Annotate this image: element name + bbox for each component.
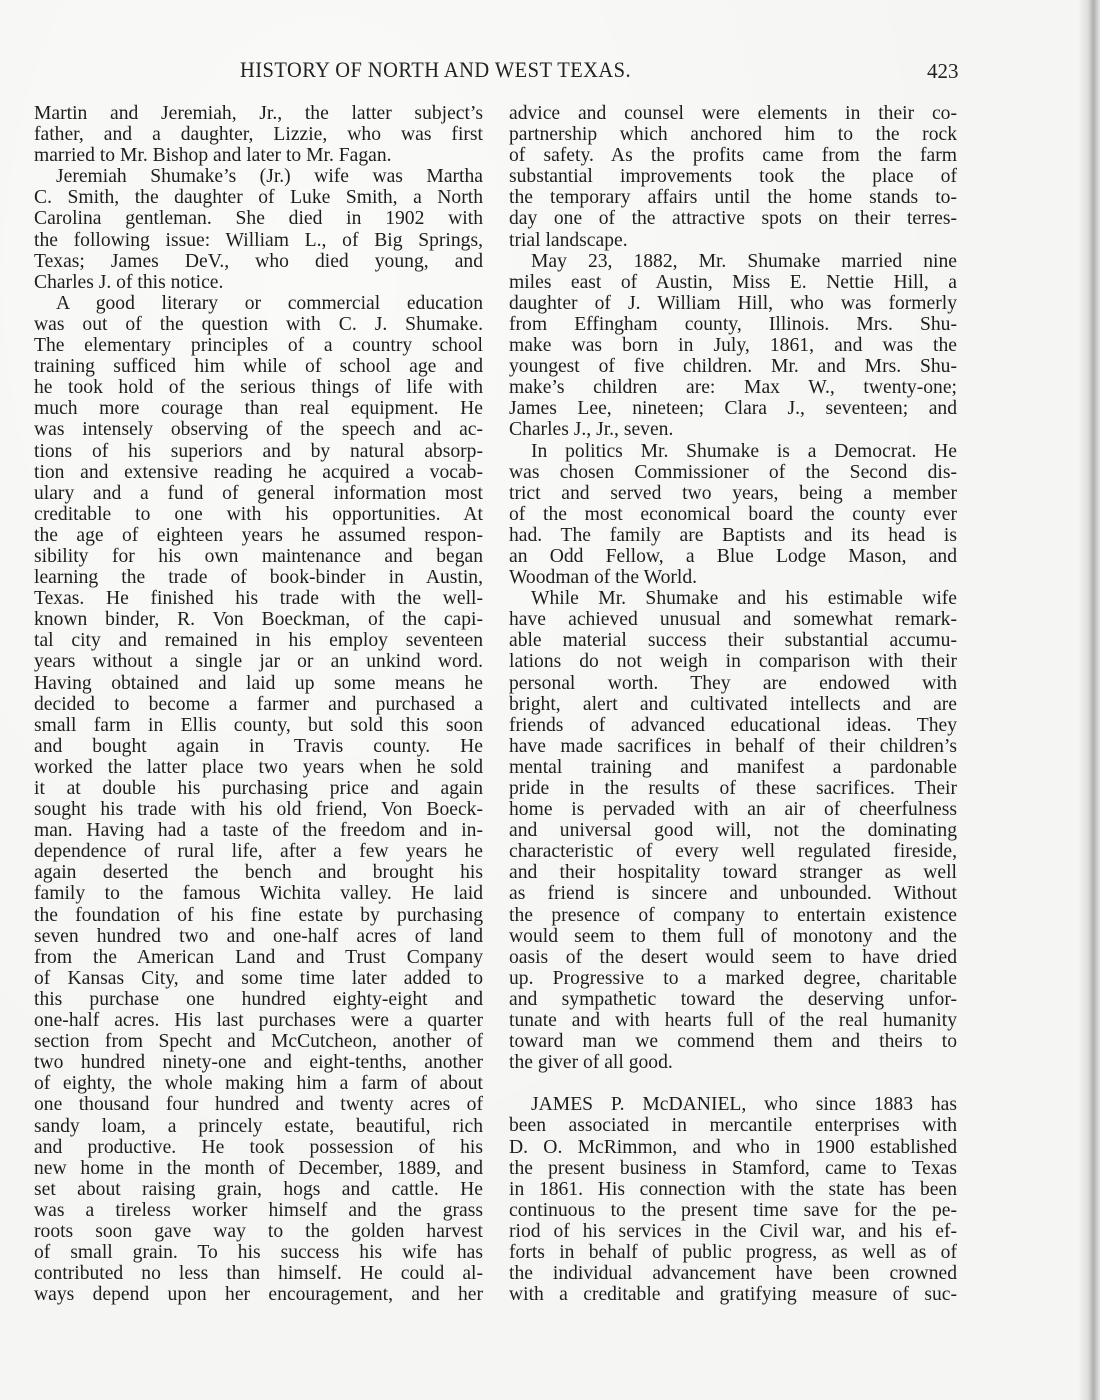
text-line: from Effingham county, Illinois. Mrs. Sh… [509, 314, 957, 335]
text-line: years without a single jar or an unkind … [34, 651, 483, 672]
text-line: able material success their substantial … [509, 630, 957, 651]
text-line: ways depend upon her encouragement, and … [34, 1284, 483, 1305]
text-line: Jeremiah Shumake’s (Jr.) wife was Martha [34, 166, 483, 187]
text-line: youngest of five children. Mr. and Mrs. … [509, 356, 957, 377]
text-line: forts in behalf of public progress, as w… [509, 1242, 957, 1263]
text-line: Charles J., Jr., seven. [509, 419, 957, 440]
text-line: one-half acres. His last purchases were … [34, 1010, 483, 1031]
text-line: known binder, R. Von Boeckman, of the ca… [34, 609, 483, 630]
text-line: this purchase one hundred eighty-eight a… [34, 989, 483, 1010]
text-line: married to Mr. Bishop and later to Mr. F… [34, 145, 483, 166]
text-line: and productive. He took possession of hi… [34, 1137, 483, 1158]
text-line: mental training and manifest a pardonabl… [509, 757, 957, 778]
text-line: miles east of Austin, Miss E. Nettie Hil… [509, 272, 957, 293]
text-line: Texas. He finished his trade with the we… [34, 588, 483, 609]
text-line: roots soon gave way to the golden harves… [34, 1221, 483, 1242]
text-line: it at double his purchasing price and ag… [34, 778, 483, 799]
text-line: pride in the results of these sacrifices… [509, 778, 957, 799]
text-line: from the American Land and Trust Company [34, 947, 483, 968]
text-line: up. Progressive to a marked degree, char… [509, 968, 957, 989]
text-line: sandy loam, a princely estate, beautiful… [34, 1116, 483, 1137]
text-line: much more courage than real equipment. H… [34, 398, 483, 419]
text-line: personal worth. They are endowed with [509, 673, 957, 694]
text-line: and sympathetic toward the deserving unf… [509, 989, 957, 1010]
text-line: creditable to one with his opportunities… [34, 504, 483, 525]
text-line: advice and counsel were elements in thei… [509, 103, 957, 124]
text-line: he took hold of the serious things of li… [34, 377, 483, 398]
text-line: substantial improvements took the place … [509, 166, 957, 187]
text-line: was intensely observing of the speech an… [34, 419, 483, 440]
text-line: day one of the attractive spots on their… [509, 208, 957, 229]
text-line: friends of advanced educational ideas. T… [509, 715, 957, 736]
text-line: the following issue: William L., of Big … [34, 230, 483, 251]
text-line: decided to become a farmer and purchased… [34, 694, 483, 715]
text-line: one thousand four hundred and twenty acr… [34, 1094, 483, 1115]
text-line: oasis of the desert would seem to have d… [509, 947, 957, 968]
right-text-column: advice and counsel were elements in thei… [509, 103, 957, 1305]
text-line: of eighty, the whole making him a farm o… [34, 1073, 483, 1094]
text-line: and universal good will, not the dominat… [509, 820, 957, 841]
text-line: In politics Mr. Shumake is a Democrat. H… [509, 441, 957, 462]
text-line: with a creditable and gratifying measure… [509, 1284, 957, 1305]
text-line: Having obtained and laid up some means h… [34, 673, 483, 694]
text-line: of safety. As the profits came from the … [509, 145, 957, 166]
text-line: of the most economical board the county … [509, 504, 957, 525]
text-line: and their hospitality toward stranger as… [509, 862, 957, 883]
text-line: training sufficed him while of school ag… [34, 356, 483, 377]
text-line: the temporary affairs until the home sta… [509, 187, 957, 208]
text-line: was a tireless worker himself and the gr… [34, 1200, 483, 1221]
text-line: the presence of company to entertain exi… [509, 905, 957, 926]
text-line: characteristic of every well regulated f… [509, 841, 957, 862]
text-line: tion and extensive reading he acquired a… [34, 462, 483, 483]
text-line: partnership which anchored him to the ro… [509, 124, 957, 145]
text-line: learning the trade of book-binder in Aus… [34, 567, 483, 588]
text-line: seven hundred two and one-half acres of … [34, 926, 483, 947]
text-line: section from Specht and McCutcheon, anot… [34, 1031, 483, 1052]
text-line: of Kansas City, and some time later adde… [34, 968, 483, 989]
text-line: the present business in Stamford, came t… [509, 1158, 957, 1179]
text-line: JAMES P. McDANIEL, who since 1883 has [509, 1094, 957, 1115]
text-line: home is pervaded with an air of cheerful… [509, 799, 957, 820]
text-line: daughter of J. William Hill, who was for… [509, 293, 957, 314]
text-line: two hundred ninety-one and eight-tenths,… [34, 1052, 483, 1073]
text-line: bright, alert and cultivated intellects … [509, 694, 957, 715]
text-line: make was born in July, 1861, and was the [509, 335, 957, 356]
text-line: Texas; James DeV., who died young, and [34, 251, 483, 272]
text-line: trict and served two years, being a memb… [509, 483, 957, 504]
text-line: been associated in mercantile enterprise… [509, 1115, 957, 1136]
text-line: D. O. McRimmon, and who in 1900 establis… [509, 1137, 957, 1158]
text-line: sought his trade with his old friend, Vo… [34, 799, 483, 820]
text-line: was chosen Commissioner of the Second di… [509, 462, 957, 483]
text-line: tunate and with hearts full of the real … [509, 1010, 957, 1031]
page-number: 423 [927, 59, 959, 84]
text-line: in 1861. His connection with the state h… [509, 1179, 957, 1200]
text-line: James Lee, nineteen; Clara J., seventeen… [509, 398, 957, 419]
text-line: family to the famous Wichita valley. He … [34, 883, 483, 904]
text-line: new home in the month of December, 1889,… [34, 1158, 483, 1179]
text-line: the giver of all good. [509, 1052, 957, 1073]
text-line: the age of eighteen years he assumed res… [34, 525, 483, 546]
text-line: contributed no less than himself. He cou… [34, 1263, 483, 1284]
text-line: lations do not weigh in comparison with … [509, 651, 957, 672]
text-line: continuous to the present time save for … [509, 1200, 957, 1221]
text-line: May 23, 1882, Mr. Shumake married nine [509, 251, 957, 272]
text-line: would seem to them full of monotony and … [509, 926, 957, 947]
text-line: Martin and Jeremiah, Jr., the latter sub… [34, 103, 483, 124]
text-line: the foundation of his fine estate by pur… [34, 905, 483, 926]
text-line: as friend is sincere and unbounded. With… [509, 883, 957, 904]
text-line: toward man we commend them and theirs to [509, 1031, 957, 1052]
text-line: Carolina gentleman. She died in 1902 wit… [34, 208, 483, 229]
text-line: of small grain. To his success his wife … [34, 1242, 483, 1263]
running-header-title: HISTORY OF NORTH AND WEST TEXAS. [240, 57, 631, 83]
text-line: have achieved unusual and somewhat remar… [509, 609, 957, 630]
text-line: Charles J. of this notice. [34, 272, 483, 293]
text-line: father, and a daughter, Lizzie, who was … [34, 124, 483, 145]
text-line: dependence of rural life, after a few ye… [34, 841, 483, 862]
text-line: have made sacrifices in behalf of their … [509, 736, 957, 757]
text-line: set about raising grain, hogs and cattle… [34, 1179, 483, 1200]
text-line: an Odd Fellow, a Blue Lodge Mason, and [509, 546, 957, 567]
text-line: C. Smith, the daughter of Luke Smith, a … [34, 187, 483, 208]
text-line: and bought again in Travis county. He [34, 736, 483, 757]
paragraph-gap [509, 1073, 957, 1094]
text-line: riod of his services in the Civil war, a… [509, 1221, 957, 1242]
left-text-column: Martin and Jeremiah, Jr., the latter sub… [34, 103, 483, 1305]
text-line: make’s children are: Max W., twenty-one; [509, 377, 957, 398]
scanned-book-page: HISTORY OF NORTH AND WEST TEXAS. 423 Mar… [0, 0, 1100, 1400]
text-line: trial landscape. [509, 230, 957, 251]
text-line: was out of the question with C. J. Shuma… [34, 314, 483, 335]
text-line: Woodman of the World. [509, 567, 957, 588]
text-line: tal city and remained in his employ seve… [34, 630, 483, 651]
text-line: worked the latter place two years when h… [34, 757, 483, 778]
text-line: The elementary principles of a country s… [34, 335, 483, 356]
text-line: the individual advancement have been cro… [509, 1263, 957, 1284]
page-edge-shadow [1078, 0, 1100, 1400]
text-line: had. The family are Baptists and its hea… [509, 525, 957, 546]
text-line: small farm in Ellis county, but sold thi… [34, 715, 483, 736]
text-line: ulary and a fund of general information … [34, 483, 483, 504]
text-line: A good literary or commercial education [34, 293, 483, 314]
text-line: tions of his superiors and by natural ab… [34, 441, 483, 462]
text-line: man. Having had a taste of the freedom a… [34, 820, 483, 841]
text-line: sibility for his own maintenance and beg… [34, 546, 483, 567]
text-line: again deserted the bench and brought his [34, 862, 483, 883]
text-line: While Mr. Shumake and his estimable wife [509, 588, 957, 609]
